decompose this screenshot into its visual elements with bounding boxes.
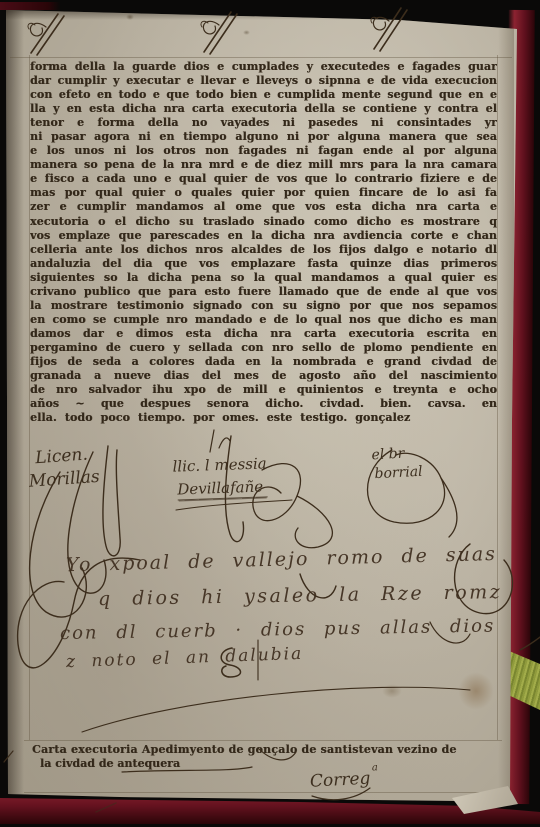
speck	[126, 14, 134, 20]
manuscript-line: de nro salvador ihu xpo de mill e quinie…	[30, 383, 497, 397]
parchment-page: 27 forma della la guarde dios e cumplade…	[0, 0, 540, 827]
manuscript-line: mas por qual quier o quales quier por qu…	[30, 186, 497, 200]
manuscript-line: e los unos ni los otros non fagades ni f…	[30, 144, 497, 158]
signature-title: el br	[371, 446, 422, 463]
gutter-shadow	[6, 10, 24, 796]
manuscript-line: xecutoria o el dicho su traslado sinado …	[30, 215, 497, 229]
velvet-binding-top	[0, 2, 60, 10]
docket-top-rule	[24, 740, 502, 741]
signature-title: Licen.	[35, 446, 99, 467]
manuscript-page-scan: 27 forma della la guarde dios e cumplade…	[0, 0, 540, 827]
docket-title-line2: la civdad de antequera	[40, 757, 180, 770]
manuscript-line: años ~ que despues senora dicho. civdad.…	[30, 397, 497, 411]
speck	[243, 30, 250, 35]
manuscript-line: tenor e forma della no vayades ni pasede…	[30, 116, 497, 130]
notary-line: q dios hi ysaleo la Rze romz por z su m	[98, 578, 540, 610]
notary-line: z noto el an dalubia	[66, 644, 304, 672]
manuscript-line: crivano publico que para esto fuere llam…	[30, 285, 497, 299]
manuscript-line: e fisco a cada uno e qual quier de vos q…	[30, 172, 497, 186]
manuscript-line: la mostrare testimonio signado con su si…	[30, 299, 497, 313]
manuscript-line: fijos de seda a colores dada en la nombr…	[30, 355, 497, 369]
top-edge-shadow	[6, 10, 516, 20]
manuscript-line: dar cumplir y executar e llevar e llevey…	[30, 74, 497, 88]
signature-name: borrial	[374, 465, 423, 481]
manuscript-line: granada a nueve dias del mes de agosto a…	[30, 369, 497, 383]
signature-name: Devillafañe	[177, 479, 268, 500]
manuscript-line: vos emplaze que parescades en la dicha n…	[30, 229, 497, 243]
signature-title: llic. l messia	[172, 456, 267, 474]
manuscript-line: forma della la guarde dios e cumplades y…	[30, 60, 497, 74]
correction-word: Correg	[310, 769, 371, 792]
right-margin-rule	[497, 55, 498, 740]
manuscript-line: en como se cumple nro mandado e de lo qu…	[30, 313, 497, 327]
manuscript-line: zer e cumplir mandamos al ome que vos es…	[30, 200, 497, 214]
manuscript-line: con efeto en todo e que todo bien e cump…	[30, 88, 497, 102]
manuscript-line: andaluzia del dia que vos emplazare fast…	[30, 257, 497, 271]
correction-superscript: a	[372, 763, 379, 774]
signature-morillas: Licen. Morillas	[35, 446, 101, 490]
correction-mark: Correga	[310, 768, 377, 791]
top-rule	[10, 57, 512, 58]
docket-title-line1: Carta executoria Apedimyento de gonçalo …	[32, 743, 498, 756]
folio-number: 27	[468, 4, 491, 22]
signature-name: Morillas	[28, 469, 100, 491]
main-text-block: forma della la guarde dios e cumplades y…	[30, 60, 497, 425]
manuscript-line: damos dar e dimos esta dicha nra carta e…	[30, 327, 497, 341]
manuscript-line: manera so pena de la nra mrd e de diez m…	[30, 158, 497, 172]
manuscript-line: lla y en esta dicha nra carta executoria…	[30, 102, 497, 116]
signature-borrial: el br borrial	[371, 446, 423, 482]
notary-line: Yo xpoal de vallejo romo de suas escatol…	[66, 538, 540, 576]
smudge-stain	[382, 684, 402, 698]
manuscript-line: ella. todo poco tiempo. por omes. este t…	[30, 411, 497, 425]
manuscript-line: pergamino de cuero y sellada con nro sel…	[30, 341, 497, 355]
manuscript-line: ni pasar agora ni en tiempo alguno ni po…	[30, 130, 497, 144]
manuscript-line: celleria ante los dichos nros alcaldes d…	[30, 243, 497, 257]
notary-line: con dl cuerb · dios pus allas dios hijos…	[60, 613, 540, 644]
signature-messia-de-villafane: llic. l messia Devillafañe	[172, 456, 268, 500]
docket-bottom-rule	[24, 792, 494, 793]
ink-stain	[458, 672, 494, 710]
manuscript-line: siguientes so la dicha pena so la qual m…	[30, 271, 497, 285]
